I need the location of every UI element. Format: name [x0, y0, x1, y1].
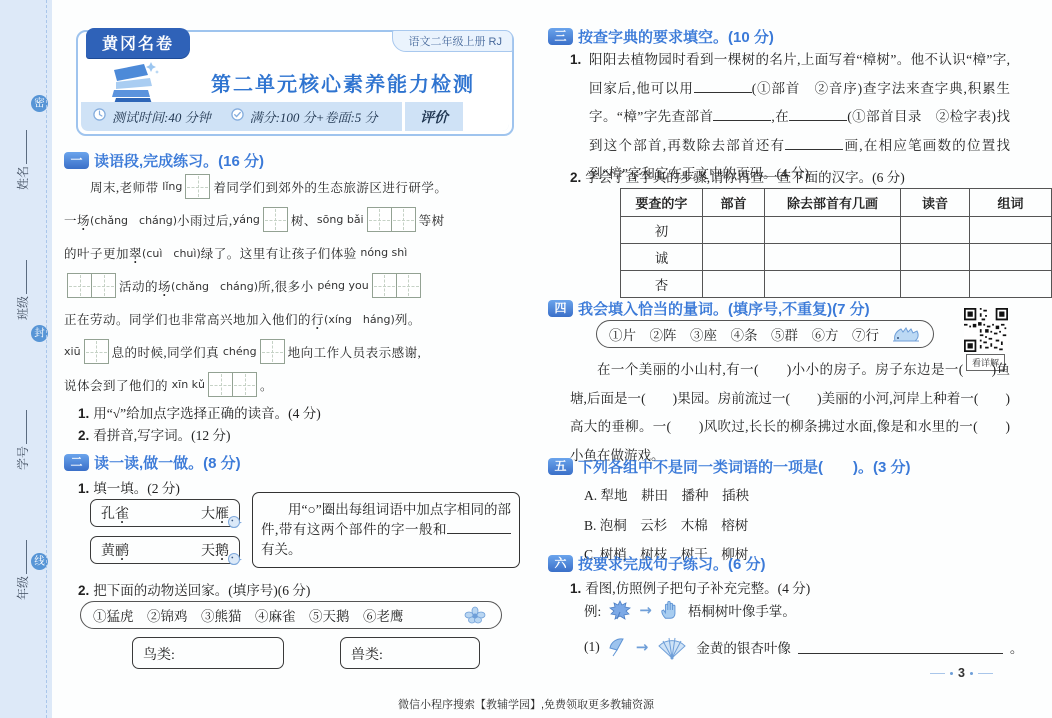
pinyin-text: yáng	[233, 213, 260, 226]
example-text: 梧桐树叶像手掌。	[688, 600, 796, 620]
passage-text: 周末,老师带	[64, 178, 162, 196]
hedgehog-icon	[891, 323, 921, 345]
passage-text: 列。	[395, 310, 421, 328]
answer-cell[interactable]	[900, 271, 969, 298]
animal-options: ①猛虎 ②锦鸡 ③熊猫 ④麻雀 ⑤天鹅 ⑥老鹰	[93, 605, 404, 625]
pinyin-text: (chǎng cháng)	[171, 278, 258, 294]
bird-icon	[226, 552, 243, 567]
passage-text: 所,很多小	[258, 277, 317, 295]
passage-line: xiū息的时候,同学们真 chéng地向工作人员表示感谢,	[64, 335, 518, 368]
q-number: 1.	[570, 581, 581, 596]
arrow-icon: →	[636, 638, 649, 656]
q-text: 看图,仿照例子把句子补充完整。(4 分)	[585, 581, 810, 596]
section-4-header: 四 我会填入恰当的量词。(填序号,不重复)(7 分)	[548, 298, 870, 319]
q-text: 填一填。(2 分)	[93, 481, 180, 496]
test-time-label: 测试时间:40 分钟	[112, 107, 211, 126]
writing-box[interactable]	[208, 372, 233, 397]
grade-field[interactable]: 年级	[14, 530, 30, 610]
student-id-field[interactable]: 学号	[14, 400, 30, 480]
beast-answer-box[interactable]: 兽类:	[340, 637, 480, 669]
dictionary-table: 要查的字 部首 除去部首有几画 读音 组词 初诚杏	[620, 188, 1052, 298]
writing-box[interactable]	[91, 273, 116, 298]
answer-cell[interactable]	[970, 271, 1052, 298]
answer-cell[interactable]	[900, 217, 969, 244]
pinyin-text: (cuì chuì)	[142, 245, 201, 261]
qr-code[interactable]	[964, 308, 1008, 357]
s6-item-1-row: (1) → 金黄的银杏叶像 。	[584, 634, 1023, 660]
evaluation-label: 评价	[405, 107, 463, 127]
writing-grid	[84, 339, 109, 364]
pinyin-text: chéng	[223, 345, 257, 358]
section-2-header: 二 读一读,做一做。(8 分)	[64, 452, 241, 473]
writing-box[interactable]	[263, 207, 288, 232]
word-pair-group: 孔雀大雁黄鹂天鹅	[90, 499, 240, 573]
s6-question-1: 1.看图,仿照例子把句子补充完整。(4 分)	[570, 577, 810, 597]
check-icon	[231, 108, 244, 125]
section-3-header: 三 按查字典的要求填空。(10 分)	[548, 26, 774, 47]
bird-icon	[226, 515, 243, 530]
section-3-badge: 三	[548, 28, 573, 45]
measure-word-options-pill: ①片 ②阵 ③座 ④条 ⑤群 ⑥方 ⑦行	[596, 320, 934, 348]
word: 黄鹂	[101, 540, 129, 560]
exam-title: 第二单元核心素养能力检测	[180, 68, 506, 97]
dotted-char: 雀	[115, 507, 129, 522]
section-6-badge: 六	[548, 555, 573, 572]
lookup-char-cell: 初	[621, 217, 703, 244]
answer-cell[interactable]	[765, 244, 901, 271]
answer-cell[interactable]	[970, 217, 1052, 244]
table-header-row: 要查的字 部首 除去部首有几画 读音 组词	[621, 189, 1052, 217]
s6-example-row: 例: → 梧桐树叶像手掌。	[584, 599, 796, 621]
ginkgo-leaf-icon	[607, 636, 629, 658]
q-number: 1.	[570, 46, 581, 75]
word-pair-box: 孔雀大雁	[90, 499, 240, 527]
passage-line: 的叶子更加翠(cuì chuì)绿了。这里有让孩子们体验 nóng shì	[64, 236, 518, 269]
seal-margin: 姓名 班级 学号 年级 密 封 线	[0, 0, 52, 718]
exam-info-bar: 测试时间:40 分钟 满分:100 分+卷面:5 分 评价	[81, 102, 509, 131]
pinyin-text: xiū	[64, 345, 81, 358]
footer-promo: 微信小程序搜索【教辅学园】,免费领取更多教辅资源	[0, 696, 1052, 712]
section-1-title: 读语段,完成练习。(16 分)	[94, 150, 264, 171]
table-header: 除去部首有几画	[765, 189, 901, 217]
item-label: (1)	[584, 639, 600, 655]
word-pair-box: 黄鹂天鹅	[90, 536, 240, 564]
measure-word-options: ①片 ②阵 ③座 ④条 ⑤群 ⑥方 ⑦行	[609, 324, 879, 344]
option-b[interactable]: B. 泡桐 云杉 木棉 榕树	[584, 511, 749, 541]
dotted-char: 行	[311, 310, 324, 328]
bird-answer-box[interactable]: 鸟类:	[132, 637, 284, 669]
answer-cell[interactable]	[765, 217, 901, 244]
passage-text: 。	[260, 376, 273, 394]
example-label: 例:	[584, 600, 601, 620]
hand-icon	[659, 599, 681, 621]
writing-box[interactable]	[391, 207, 416, 232]
answer-blank[interactable]	[785, 138, 843, 150]
reading-passage: 周末,老师带 lǐng着同学们到郊外的生态旅游区进行研学。一场(chǎng ch…	[64, 170, 518, 401]
answer-blank[interactable]	[694, 81, 752, 93]
period: 。	[1010, 637, 1024, 657]
evaluation-area: 评价	[402, 102, 509, 131]
name-field[interactable]: 姓名	[14, 120, 30, 200]
passage-line: 说体会到了他们的 xīn kǔ。	[64, 368, 518, 401]
word: 天鹅	[201, 540, 229, 560]
answer-blank[interactable]	[447, 522, 511, 534]
s2-question-2: 2.把下面的动物送回家。(填序号)(6 分)	[78, 579, 310, 599]
option-a[interactable]: A. 犁地 耕田 播种 插秧	[584, 481, 749, 511]
word: 孔雀	[101, 503, 129, 523]
s1-question-2: 2.看拼音,写字词。(12 分)	[78, 424, 231, 444]
q-number: 2.	[78, 428, 89, 443]
s2-question-1: 1.填一填。(2 分)	[78, 477, 180, 497]
passage-text: 息的时候,同学们真	[112, 343, 223, 361]
passage-text: 正在劳动。同学们也非常高兴地加入他们的	[64, 310, 311, 328]
pinyin-text: (xíng háng)	[324, 311, 395, 327]
table-row: 初	[621, 217, 1052, 244]
writing-box[interactable]	[260, 339, 285, 364]
writing-grid	[67, 273, 116, 298]
writing-grid	[372, 273, 421, 298]
pinyin-text: nóng shì	[360, 246, 407, 259]
section-5-badge: 五	[548, 458, 573, 475]
dotted-char: 场	[158, 277, 171, 295]
passage-text: 着同学们到郊外的生态旅游区进行研学。	[213, 178, 447, 196]
writing-grid	[260, 339, 285, 364]
writing-box[interactable]	[367, 207, 392, 232]
writing-grid	[367, 207, 416, 232]
edition-tab: 语文二年级上册 RJ	[392, 30, 514, 52]
writing-box[interactable]	[232, 372, 257, 397]
table-header: 组词	[970, 189, 1052, 217]
pinyin-text: xīn kǔ	[172, 378, 205, 391]
passage-text: 绿了。这里有让孩子们体验	[201, 244, 361, 262]
answer-cell[interactable]	[765, 271, 901, 298]
pinyin-text: lǐng	[162, 180, 182, 193]
item-text: 金黄的银杏叶像	[696, 637, 791, 657]
seal-badge-mi: 密	[31, 95, 48, 112]
passage-line: 正在劳动。同学们也非常高兴地加入他们的行(xíng háng)列。	[64, 302, 518, 335]
q-text: 把下面的动物送回家。(填序号)(6 分)	[93, 583, 310, 598]
flower-icon	[461, 605, 489, 625]
animal-options-pill: ①猛虎 ②锦鸡 ③熊猫 ④麻雀 ⑤天鹅 ⑥老鹰	[80, 601, 502, 629]
passage-text: 树、	[291, 211, 317, 229]
exam-page: 姓名 班级 学号 年级 密 封 线 黄冈名卷 语文二年级上册 RJ 第二单元核心…	[0, 0, 1052, 718]
s4-passage: 在一个美丽的小山村,有一( )小小的房子。房子东边是一( )鱼塘,后面是一( )…	[570, 356, 1010, 470]
s1-question-1: 1.用“√”给加点字选择正确的读音。(4 分)	[78, 402, 321, 422]
word: 大雁	[201, 503, 229, 523]
dotted-char: 鹂	[115, 544, 129, 559]
section-5-header: 五 下列各组中不是同一类词语的一项是( )。(3 分)	[548, 456, 911, 477]
writing-box[interactable]	[372, 273, 397, 298]
section-1-badge: 一	[64, 152, 89, 169]
beast-label: 兽类:	[351, 648, 383, 663]
q-number: 2.	[78, 583, 89, 598]
section-5-title: 下列各组中不是同一类词语的一项是( )。(3 分)	[578, 456, 911, 477]
page-number: 3	[930, 666, 993, 680]
fan-icon	[655, 634, 689, 660]
answer-blank[interactable]	[789, 109, 847, 121]
answer-cell[interactable]	[702, 271, 764, 298]
writing-box[interactable]	[67, 273, 92, 298]
section-6-title: 按要求完成句子练习。(6 分)	[578, 553, 766, 574]
table-header: 要查的字	[621, 189, 703, 217]
s3-question-2: 2.学会了查字典的步骤,请你再查一查下面的汉字。(6 分)	[570, 166, 905, 186]
passage-line: 周末,老师带 lǐng着同学们到郊外的生态旅游区进行研学。	[64, 170, 518, 203]
table-row: 诚	[621, 244, 1052, 271]
passage-text: 的叶子更加	[64, 244, 129, 262]
exam-header-card: 黄冈名卷 语文二年级上册 RJ 第二单元核心素养能力检测 测试时间:40 分钟 …	[76, 30, 514, 136]
writing-grid	[185, 174, 210, 199]
answer-blank[interactable]	[713, 109, 771, 121]
clock-icon	[93, 108, 106, 125]
question-text: ,在	[771, 109, 789, 124]
seal-badge-xian: 线	[31, 553, 48, 570]
passage-text: 活动的	[119, 277, 158, 295]
section-6-header: 六 按要求完成句子练习。(6 分)	[548, 553, 766, 574]
q-number: 1.	[78, 406, 89, 421]
seal-badge-feng: 封	[31, 325, 48, 342]
section-2-badge: 二	[64, 454, 89, 471]
lookup-char-cell: 诚	[621, 244, 703, 271]
answer-cell[interactable]	[702, 244, 764, 271]
class-field[interactable]: 班级	[14, 250, 30, 330]
answer-blank[interactable]	[798, 640, 1003, 654]
tip-text-after: 有关。	[261, 542, 302, 557]
table-row: 杏	[621, 271, 1052, 298]
table-header: 部首	[702, 189, 764, 217]
passage-text: 小雨过后,	[177, 211, 233, 229]
dotted-char: 翠	[129, 244, 142, 262]
section-4-badge: 四	[548, 300, 573, 317]
passage-text: 等树	[419, 211, 445, 229]
q-text: 看拼音,写字词。(12 分)	[93, 428, 230, 443]
page-number-value: 3	[958, 666, 965, 680]
writing-grid	[263, 207, 288, 232]
brand-logo: 黄冈名卷	[86, 28, 190, 58]
section-2-title: 读一读,做一做。(8 分)	[94, 452, 241, 473]
answer-cell[interactable]	[970, 244, 1052, 271]
pinyin-text: sōng bǎi	[317, 213, 364, 226]
section-3-title: 按查字典的要求填空。(10 分)	[578, 26, 774, 47]
pinyin-text: (chǎng cháng)	[90, 212, 177, 228]
passage-text: 说体会到了他们的	[64, 376, 172, 394]
passage-line: 活动的场(chǎng cháng)所,很多小 péng you	[64, 269, 518, 302]
full-score-label: 满分:100 分+卷面:5 分	[250, 107, 378, 126]
table-header: 读音	[900, 189, 969, 217]
passage-text: 地向工作人员表示感谢,	[288, 343, 422, 361]
writing-grid	[208, 372, 257, 397]
arrow-icon: →	[639, 601, 652, 619]
q-number: 1.	[78, 481, 89, 496]
section-1-header: 一 读语段,完成练习。(16 分)	[64, 150, 264, 171]
q-text: 学会了查字典的步骤,请你再查一查下面的汉字。(6 分)	[585, 170, 905, 185]
tip-box: 用“○”圈出每组词语中加点字相同的部件,带有这两个部件的字一般和有关。	[252, 492, 520, 568]
maple-leaf-icon	[608, 599, 632, 621]
bird-label: 鸟类:	[143, 648, 175, 663]
answer-cell[interactable]	[900, 244, 969, 271]
passage-text: 一	[64, 211, 77, 229]
evaluation-input-box[interactable]	[463, 102, 509, 131]
dotted-char: 场	[77, 211, 90, 229]
pinyin-text: péng you	[317, 279, 368, 292]
q-number: 2.	[570, 170, 581, 185]
answer-cell[interactable]	[702, 217, 764, 244]
writing-box[interactable]	[84, 339, 109, 364]
writing-box[interactable]	[396, 273, 421, 298]
passage-line: 一场(chǎng cháng)小雨过后,yáng树、sōng bǎi等树	[64, 203, 518, 236]
writing-box[interactable]	[185, 174, 210, 199]
q-text: 用“√”给加点字选择正确的读音。(4 分)	[93, 406, 321, 421]
lookup-char-cell: 杏	[621, 271, 703, 298]
section-4-title: 我会填入恰当的量词。(填序号,不重复)(7 分)	[578, 298, 870, 319]
